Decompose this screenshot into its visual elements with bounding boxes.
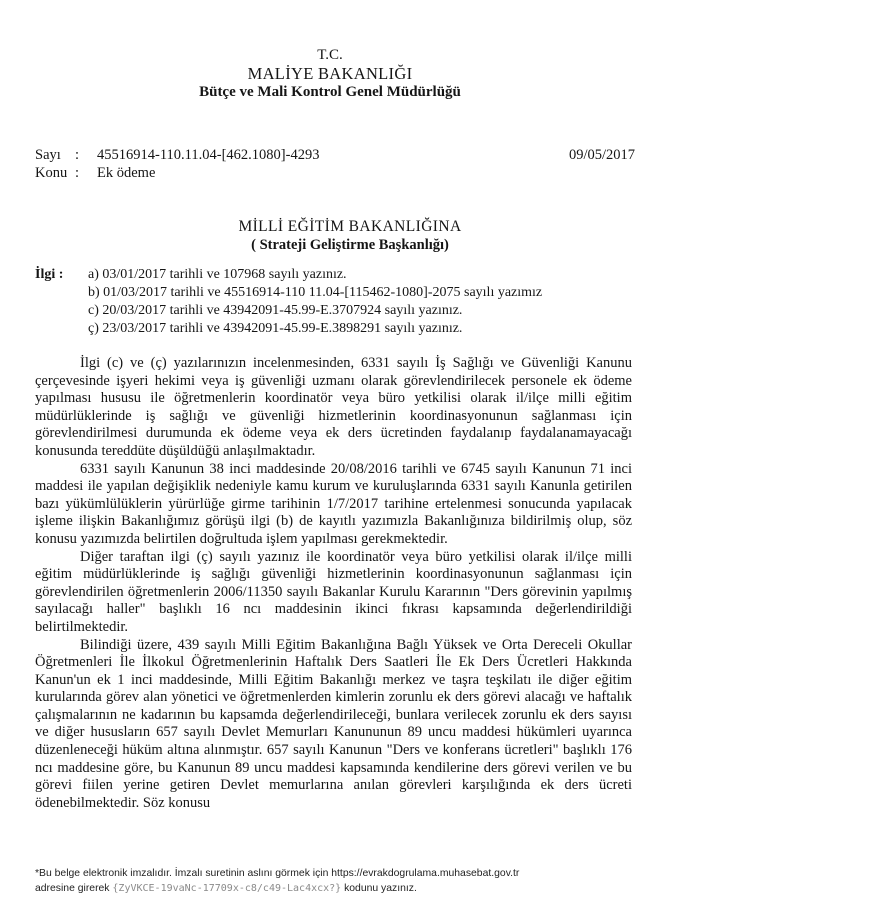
footer-line-2: adresine girerek {ZyVKCE-19vaNc-17709x-c…	[35, 881, 615, 896]
footer-text: *Bu belge elektronik imzalıdır. İmzalı s…	[35, 868, 328, 879]
references-label: İlgi :	[35, 266, 88, 338]
subject-row: Konu : Ek ödeme	[35, 164, 635, 182]
verification-code: {ZyVKCE-19vaNc-17709x-c8/c49-Lac4xcx?}	[112, 883, 341, 894]
references-list: a) 03/01/2017 tarihli ve 107968 sayılı y…	[88, 266, 655, 338]
country-label: T.C.	[0, 46, 660, 64]
body-paragraph: İlgi (c) ve (ç) yazılarınızın incelenmes…	[35, 355, 632, 461]
document-date: 09/05/2017	[569, 146, 635, 164]
body-paragraph: Diğer taraftan ilgi (ç) sayılı yazınız i…	[35, 549, 632, 637]
number-row: Sayı : 45516914-110.11.04-[462.1080]-429…	[35, 146, 635, 164]
footer-text: adresine girerek	[35, 883, 110, 894]
colon: :	[75, 164, 97, 182]
references-block: İlgi : a) 03/01/2017 tarihli ve 107968 s…	[35, 266, 655, 338]
footer-line-1: *Bu belge elektronik imzalıdır. İmzalı s…	[35, 866, 615, 881]
reference-item: b) 01/03/2017 tarihli ve 45516914-110 11…	[88, 284, 655, 302]
letterhead: T.C. MALİYE BAKANLIĞI Bütçe ve Mali Kont…	[0, 46, 660, 102]
document-number: 45516914-110.11.04-[462.1080]-4293	[97, 146, 635, 164]
document-meta: Sayı : 45516914-110.11.04-[462.1080]-429…	[35, 146, 635, 182]
recipient-department: ( Strateji Geliştirme Başkanlığı)	[200, 236, 500, 254]
colon: :	[75, 146, 97, 164]
recipient-name: MİLLİ EĞİTİM BAKANLIĞINA	[200, 217, 500, 236]
e-signature-note: *Bu belge elektronik imzalıdır. İmzalı s…	[35, 866, 615, 896]
document-subject: Ek ödeme	[97, 164, 635, 182]
subject-label: Konu	[35, 164, 75, 182]
footer-text: kodunu yazınız.	[344, 883, 417, 894]
body-paragraph: Bilindiği üzere, 439 sayılı Milli Eğitim…	[35, 637, 632, 813]
reference-item: a) 03/01/2017 tarihli ve 107968 sayılı y…	[88, 266, 655, 284]
unit-name: Bütçe ve Mali Kontrol Genel Müdürlüğü	[0, 83, 660, 102]
verification-link[interactable]: https://evrakdogrulama.muhasebat.gov.tr	[331, 868, 519, 879]
letter-body: İlgi (c) ve (ç) yazılarınızın incelenmes…	[35, 355, 632, 812]
number-label: Sayı	[35, 146, 75, 164]
ministry-name: MALİYE BAKANLIĞI	[0, 64, 660, 83]
reference-item: c) 20/03/2017 tarihli ve 43942091-45.99-…	[88, 302, 655, 320]
document-page: T.C. MALİYE BAKANLIĞI Bütçe ve Mali Kont…	[0, 0, 880, 920]
body-paragraph: 6331 sayılı Kanunun 38 inci maddesinde 2…	[35, 461, 632, 549]
reference-item: ç) 23/03/2017 tarihli ve 43942091-45.99-…	[88, 320, 655, 338]
recipient-block: MİLLİ EĞİTİM BAKANLIĞINA ( Strateji Geli…	[200, 217, 500, 254]
